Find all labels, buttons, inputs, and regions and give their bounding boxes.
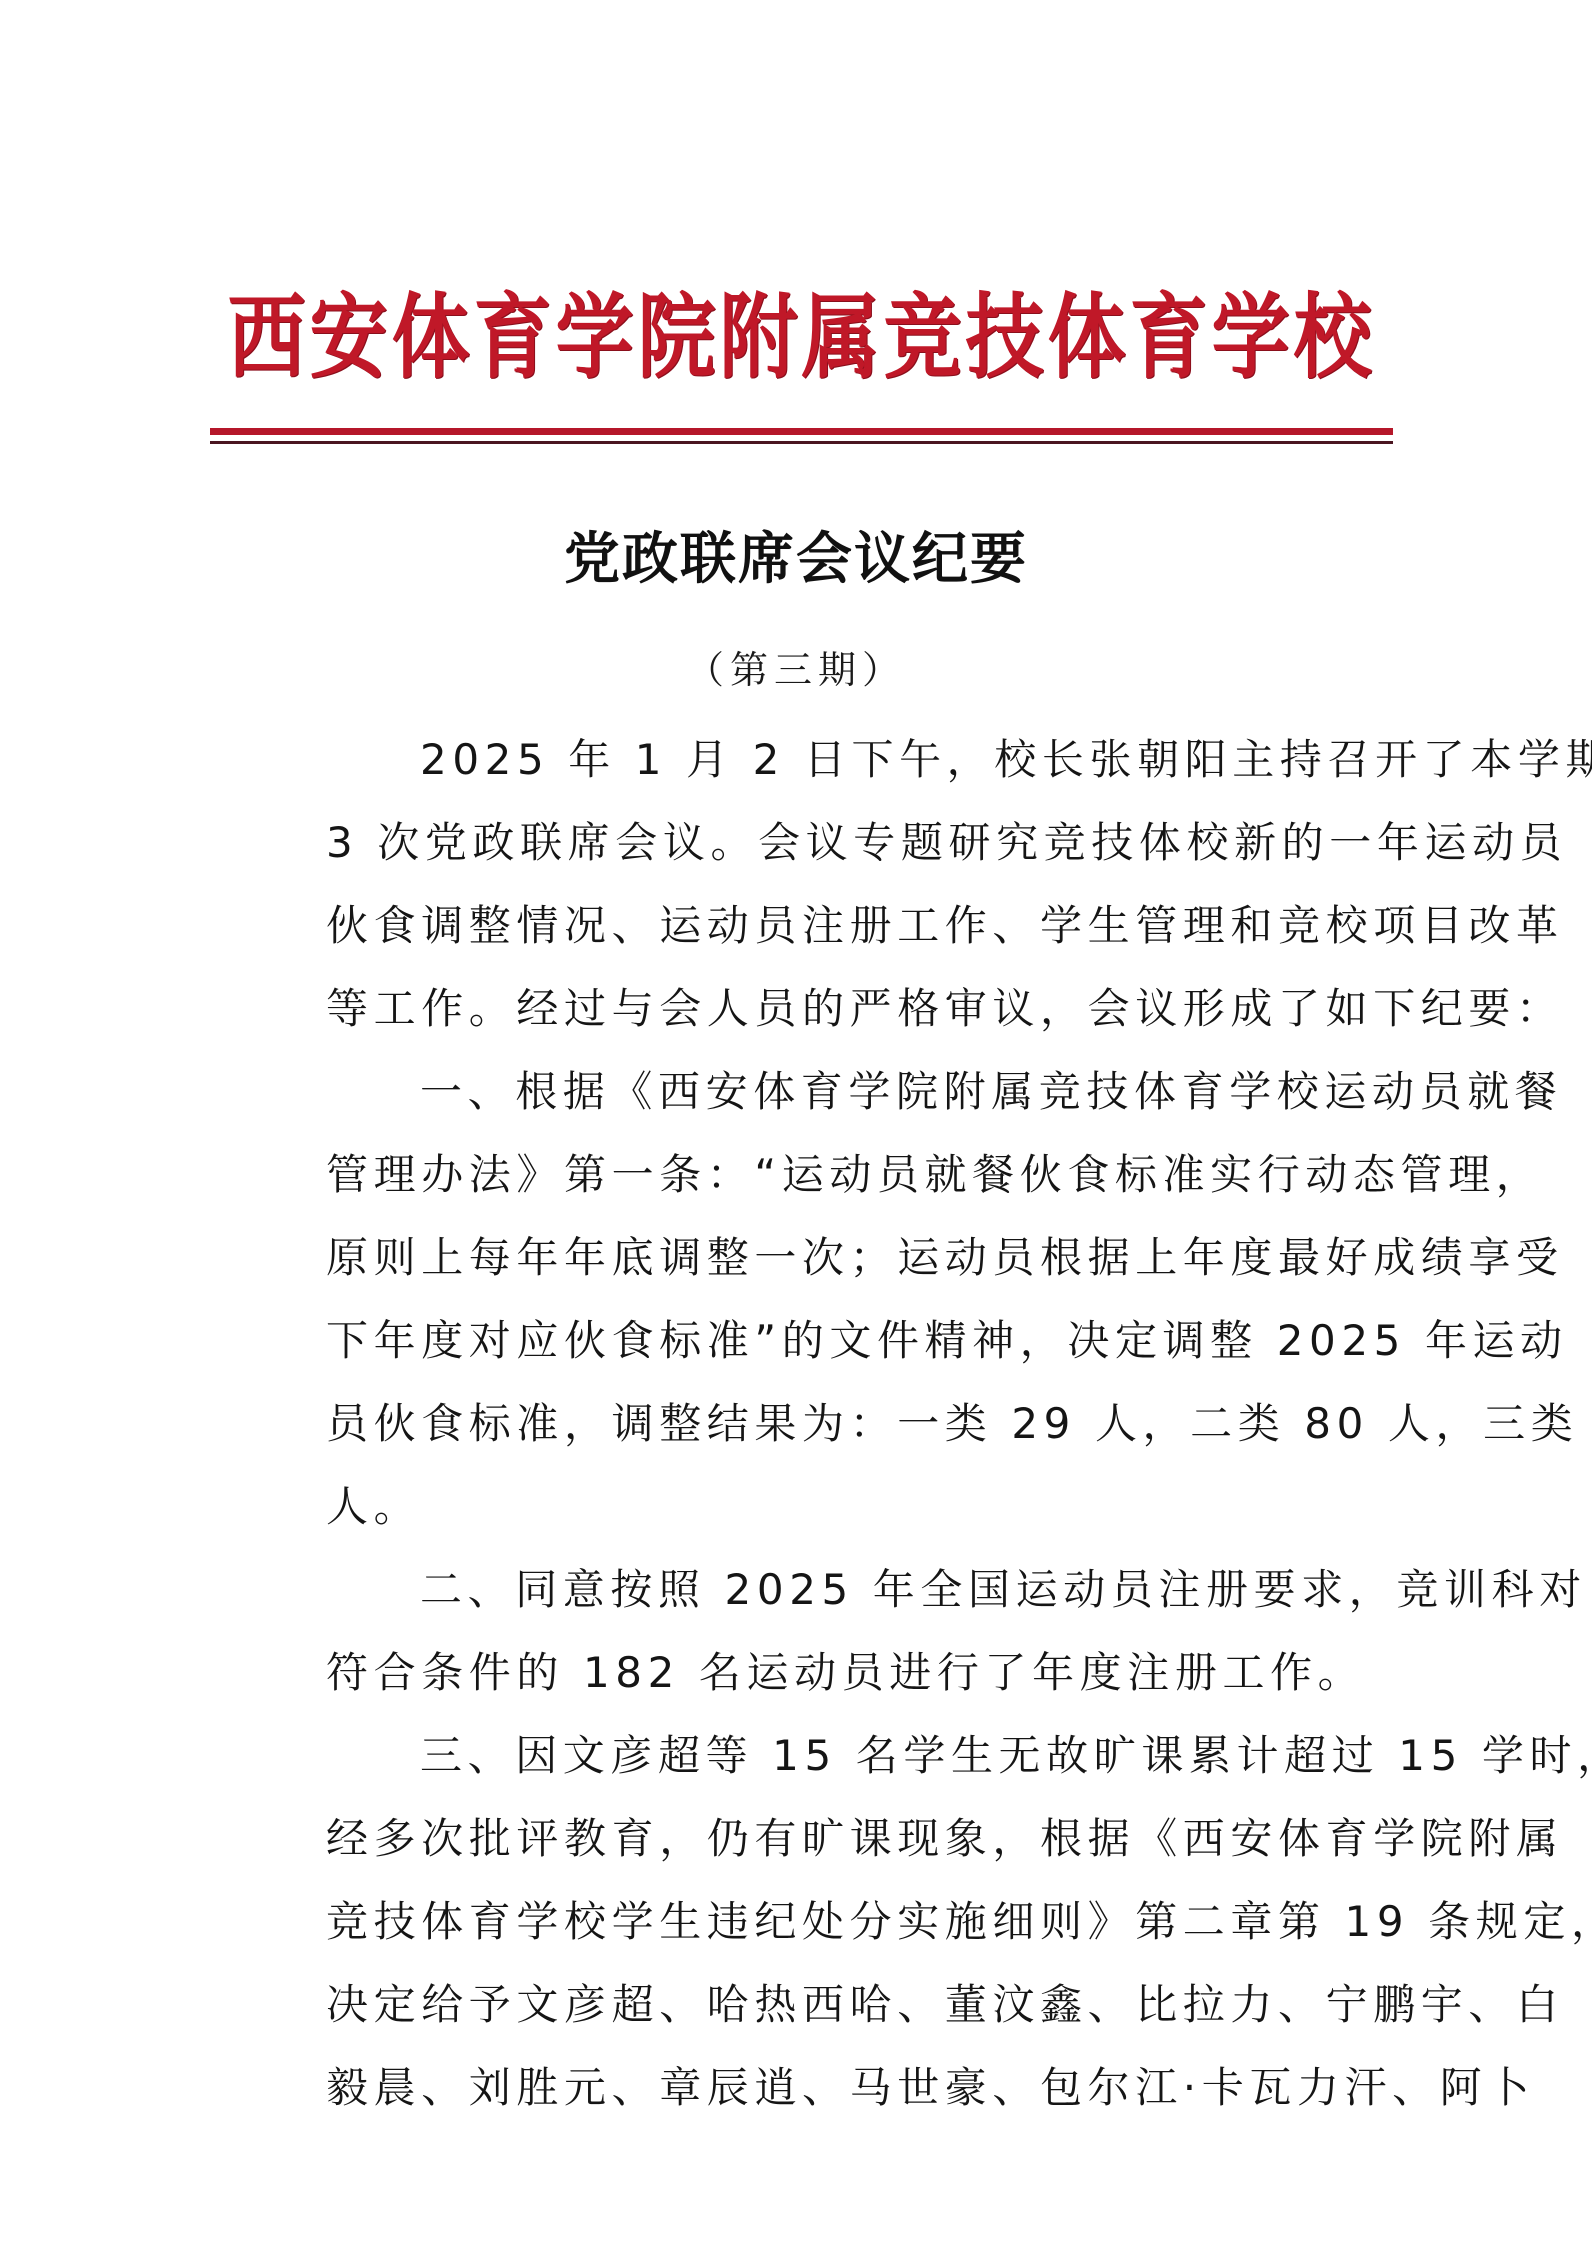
masthead-rule-thick [210,428,1393,435]
text-line: 三、因文彦超等 15 名学生无故旷课累计超过 15 学时， [232,1714,1362,1797]
text-line: 管理办法》第一条：“运动员就餐伙食标准实行动态管理， [232,1133,1362,1216]
document-issue-number: （第三期） [0,640,1592,700]
paragraph-item-3-discipline: 三、因文彦超等 15 名学生无故旷课累计超过 15 学时， 经多次批评教育，仍有… [232,1714,1362,2129]
text-line: 员伙食标准，调整结果为：一类 29 人，二类 80 人，三类 49 [232,1382,1362,1465]
text-line: 人。 [232,1465,1362,1548]
document-title: 党政联席会议纪要 [0,520,1592,600]
text-line: 竞技体育学校学生违纪处分实施细则》第二章第 19 条规定， [232,1880,1362,1963]
text-line: 毅晨、刘胜元、章辰逍、马世豪、包尔江·卡瓦力汗、阿卜 [232,2046,1362,2129]
paragraph-item-1-meal-standards: 一、根据《西安体育学院附属竞技体育学校运动员就餐 管理办法》第一条：“运动员就餐… [232,1050,1362,1548]
paragraph-intro: 2025 年 1 月 2 日下午，校长张朝阳主持召开了本学期第 3 次党政联席会… [232,718,1362,1050]
text-line: 等工作。经过与会人员的严格审议，会议形成了如下纪要： [232,967,1362,1050]
text-line: 符合条件的 182 名运动员进行了年度注册工作。 [232,1631,1362,1714]
text-line: 3 次党政联席会议。会议专题研究竞技体校新的一年运动员 [232,801,1362,884]
paragraph-item-2-registration: 二、同意按照 2025 年全国运动员注册要求，竞训科对 符合条件的 182 名运… [232,1548,1362,1714]
masthead-school-name: 西安体育学院附属竞技体育学校 [210,270,1393,406]
text-line: 经多次批评教育，仍有旷课现象，根据《西安体育学院附属 [232,1797,1362,1880]
masthead-rule-thin [210,441,1393,444]
text-line: 2025 年 1 月 2 日下午，校长张朝阳主持召开了本学期第 [232,718,1362,801]
document-body: 2025 年 1 月 2 日下午，校长张朝阳主持召开了本学期第 3 次党政联席会… [232,718,1362,2129]
text-line: 伙食调整情况、运动员注册工作、学生管理和竞校项目改革 [232,884,1362,967]
document-page: 西安体育学院附属竞技体育学校 党政联席会议纪要 （第三期） 2025 年 1 月… [0,0,1592,2252]
text-line: 决定给予文彦超、哈热西哈、董汶鑫、比拉力、宁鹏宇、白 [232,1963,1362,2046]
text-line: 下年度对应伙食标准”的文件精神，决定调整 2025 年运动 [232,1299,1362,1382]
text-line: 一、根据《西安体育学院附属竞技体育学校运动员就餐 [232,1050,1362,1133]
text-line: 二、同意按照 2025 年全国运动员注册要求，竞训科对 [232,1548,1362,1631]
text-line: 原则上每年年底调整一次；运动员根据上年度最好成绩享受 [232,1216,1362,1299]
